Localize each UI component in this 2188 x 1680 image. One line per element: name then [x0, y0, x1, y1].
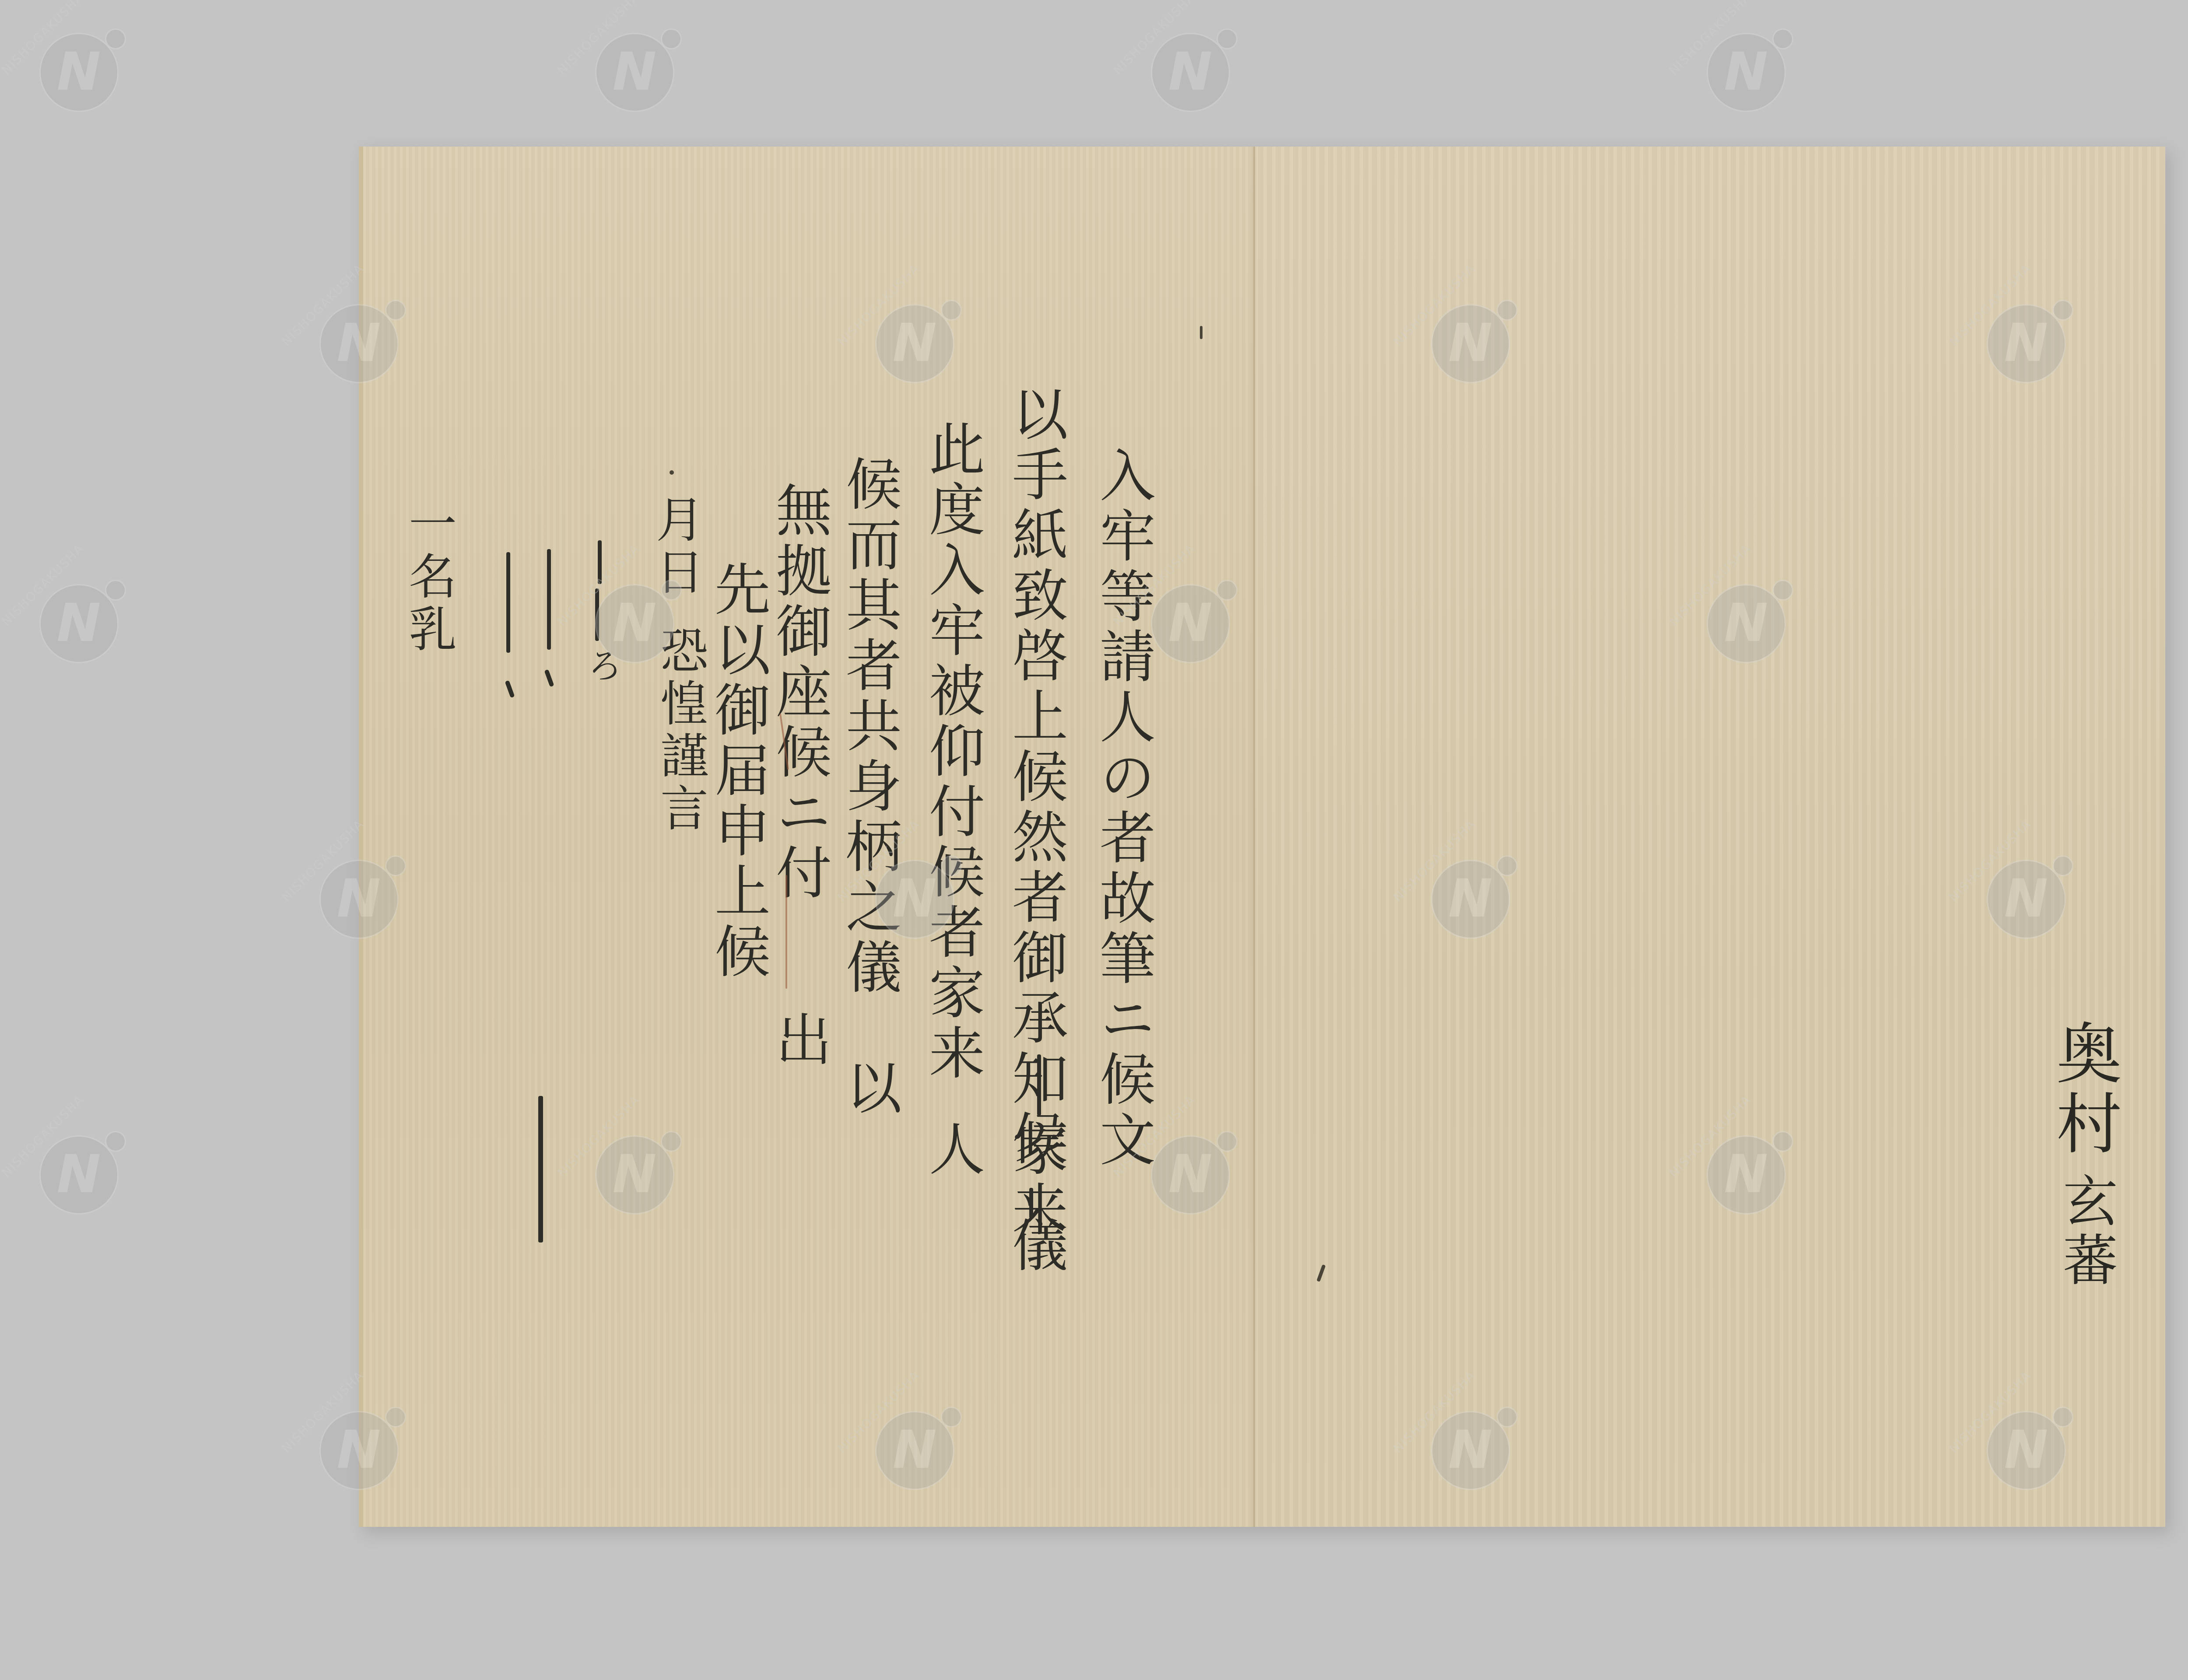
text-column-5-end: 出 [766, 1011, 831, 1071]
watermark-n-icon: N [48, 599, 109, 647]
text-column-2: 以手紙致啓上候然者御承知候 [1002, 385, 1068, 1170]
watermark-logo: NNISHOGAKUSHA [573, 9, 683, 118]
watermark-circle-icon [39, 1135, 119, 1214]
watermark-n-icon: N [1715, 48, 1777, 96]
watermark-logo: NNISHOGAKUSHA [1685, 9, 1794, 118]
bracket-bar-1 [598, 540, 602, 584]
signature-okumura: 奥村 [2046, 1019, 2120, 1159]
paper-speck [670, 470, 674, 475]
right-page [1254, 147, 2165, 1527]
watermark-dot-icon [1772, 28, 1793, 49]
watermark-text: NISHOGAKUSHA [0, 0, 150, 141]
red-annotation-line-2 [785, 875, 787, 989]
watermark-n-icon: N [48, 48, 109, 96]
bracket-bar-3 [506, 552, 510, 653]
date-column: 月日 [648, 494, 705, 599]
text-column-3-end: 人 [919, 1120, 985, 1180]
mark-ro: ろ [582, 647, 621, 687]
watermark-logo: NNISHOGAKUSHA [18, 9, 127, 118]
text-column-2-tail-2: 儀 [1002, 1216, 1068, 1277]
text-column-left-heading: 一名乳 [400, 499, 457, 656]
watermark-circle-icon [595, 33, 674, 112]
watermark-text: NISHOGAKUSHA [0, 537, 150, 692]
paper-speck [1200, 326, 1203, 339]
text-column-4: 候而其者共身柄之儀 [836, 455, 901, 998]
column-2-dash-2 [1029, 1188, 1033, 1218]
watermark-dot-icon [105, 580, 126, 601]
text-column-1: 入牢等請人の者故筆ニ候文 [1090, 446, 1155, 1171]
watermark-n-icon: N [604, 48, 665, 96]
bracket-bar-1b [595, 588, 599, 641]
watermark-logo: NNISHOGAKUSHA [18, 560, 127, 669]
center-fold [1251, 147, 1257, 1527]
signature-tail: 玄蕃 [2055, 1172, 2116, 1291]
watermark-dot-icon [105, 28, 126, 49]
closing-column: 恐惶謹言 [652, 626, 709, 836]
watermark-text: NISHOGAKUSHA [0, 1088, 150, 1243]
bottom-bar [538, 1096, 543, 1242]
watermark-dot-icon [1217, 28, 1238, 49]
watermark-dot-icon [661, 28, 682, 49]
watermark-n-icon: N [1160, 48, 1221, 96]
watermark-text: NISHOGAKUSHA [551, 0, 705, 141]
watermark-n-icon: N [48, 1151, 109, 1199]
watermark-logo: NNISHOGAKUSHA [18, 1111, 127, 1221]
watermark-circle-icon [1151, 33, 1230, 112]
text-column-6: 先以御届申上候 [705, 560, 770, 983]
watermark-text: NISHOGAKUSHA [1662, 0, 1817, 141]
text-column-3: 此度入牢被仰付候者家来 [919, 420, 985, 1084]
bracket-bar-2 [547, 549, 551, 650]
watermark-logo: NNISHOGAKUSHA [1129, 9, 1238, 118]
watermark-circle-icon [1707, 33, 1786, 112]
text-column-4-end: 以 [836, 1059, 901, 1119]
watermark-circle-icon [39, 584, 119, 663]
text-column-5: 無拠御座候ニ付 [766, 481, 831, 904]
watermark-circle-icon [39, 33, 119, 112]
watermark-text: NISHOGAKUSHA [1106, 0, 1261, 141]
column-2-dash [1037, 1054, 1041, 1116]
watermark-dot-icon [105, 1131, 126, 1152]
